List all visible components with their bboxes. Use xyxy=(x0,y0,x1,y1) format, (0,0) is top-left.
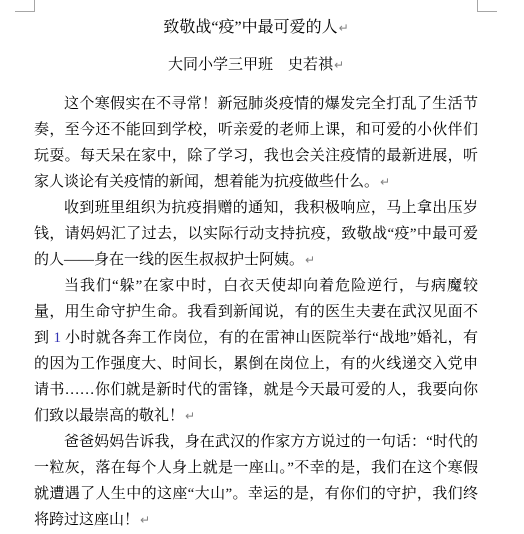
paragraph-mark-icon: ↵ xyxy=(334,58,344,72)
margin-crop-mark-top-left-icon xyxy=(15,0,35,12)
paragraph-4: 爸爸妈妈告诉我，身在武汉的作家方方说过的一句话：“时代的一粒灰，落在每个人身上就… xyxy=(34,429,478,533)
document-body: 这个寒假实在不寻常！新冠肺炎疫情的爆发完全打乱了生活节奏，至今还不能回到学校，听… xyxy=(34,91,478,533)
document-title: 致敬战“疫”中最可爱的人 xyxy=(163,19,337,36)
paragraph-3-text-after: 小时就各奔工作岗位，有的在雷神山医院举行“战地”婚礼，有的因为工作强度大、时间长… xyxy=(34,330,478,424)
paragraph-4-text: 爸爸妈妈告诉我，身在武汉的作家方方说过的一句话：“时代的一粒灰，落在每个人身上就… xyxy=(34,434,478,528)
document-byline: 大同小学三甲班 史若祺 xyxy=(168,57,333,73)
paragraph-mark-icon: ↵ xyxy=(380,175,390,189)
paragraph-mark-icon: ↵ xyxy=(185,409,195,423)
paragraph-3-digit: 1 xyxy=(53,330,61,346)
document-title-line: 致敬战“疫”中最可爱的人↵ xyxy=(34,17,478,39)
paragraph-1: 这个寒假实在不寻常！新冠肺炎疫情的爆发完全打乱了生活节奏，至今还不能回到学校，听… xyxy=(34,91,478,195)
document-page[interactable]: 致敬战“疫”中最可爱的人↵ 大同小学三甲班 史若祺↵ 这个寒假实在不寻常！新冠肺… xyxy=(0,0,524,534)
paragraph-mark-icon: ↵ xyxy=(305,253,315,267)
margin-crop-mark-top-right-icon xyxy=(477,0,497,12)
paragraph-2: 收到班里组织为抗疫捐赠的通知，我积极响应，马上拿出压岁钱，请妈妈汇了过去，以实际… xyxy=(34,195,478,273)
paragraph-2-text: 收到班里组织为抗疫捐赠的通知，我积极响应，马上拿出压岁钱，请妈妈汇了过去，以实际… xyxy=(34,200,478,268)
paragraph-mark-icon: ↵ xyxy=(339,21,349,35)
document-content: 致敬战“疫”中最可爱的人↵ 大同小学三甲班 史若祺↵ 这个寒假实在不寻常！新冠肺… xyxy=(34,12,478,533)
paragraph-3: 当我们“躲”在家中时，白衣天使却向着危险逆行，与病魔较量，用生命守护生命。我看到… xyxy=(34,273,478,429)
paragraph-1-text: 这个寒假实在不寻常！新冠肺炎疫情的爆发完全打乱了生活节奏，至今还不能回到学校，听… xyxy=(34,96,478,190)
document-byline-line: 大同小学三甲班 史若祺↵ xyxy=(34,55,478,76)
paragraph-mark-icon: ↵ xyxy=(140,513,150,527)
